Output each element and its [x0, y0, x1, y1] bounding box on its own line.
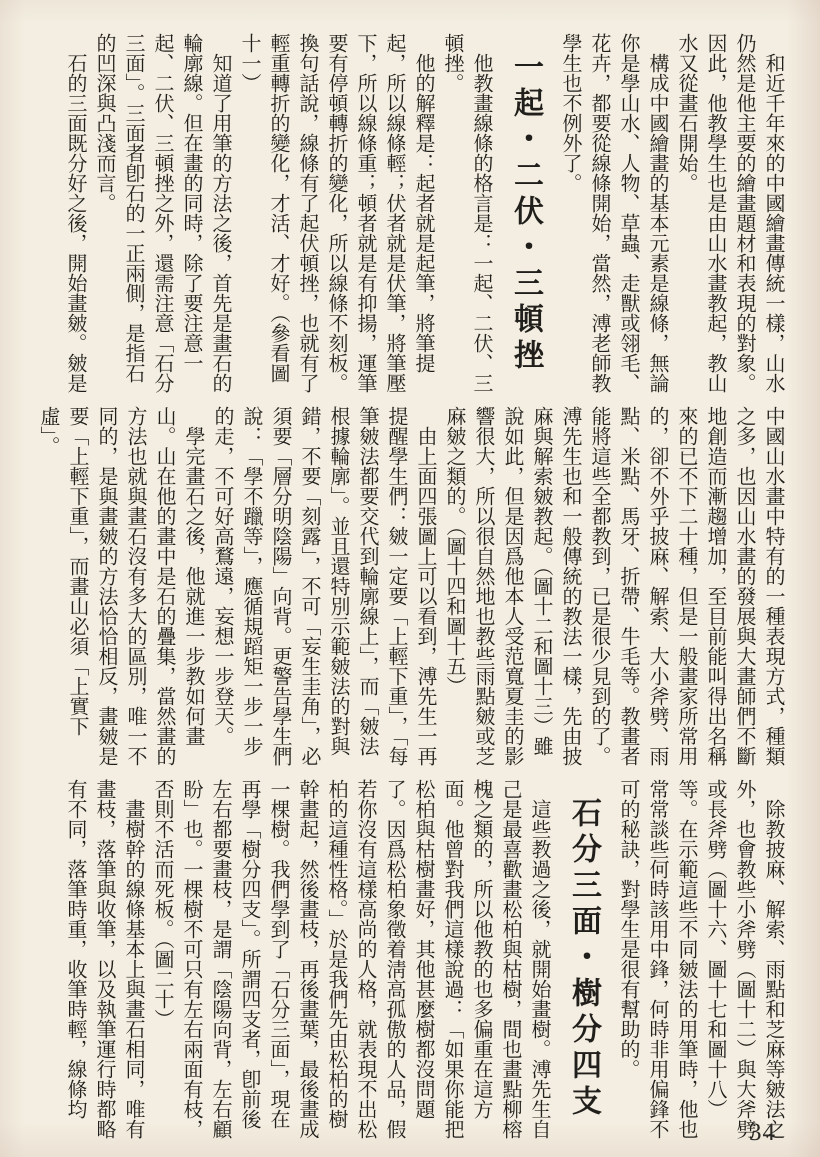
- book-page: 和近千年來的中國繪畫傳統一樣，山水仍然是他主要的繪畫題材和表現的對象。因此，他教…: [0, 0, 820, 1157]
- text-band-middle: 中國山水畫中特有的一種表現方式，種類之多，也因山水畫的發展與大畫師們不斷地創造而…: [57, 406, 787, 769]
- page-number: 34: [749, 1119, 776, 1147]
- paragraph: 除教披麻、解索、雨點和芝麻等皴法之外，也會教些小斧劈（圖十二）與大斧劈或長斧劈（…: [613, 779, 787, 1142]
- paragraph: 他的解釋是：起者就是起筆，將筆提起，所以線條輕；伏者就是伏筆，將筆壓下，所以線條…: [234, 33, 437, 396]
- section-heading-rock-three-faces-tree-four-branches: 石分三面・樹分四支: [563, 779, 603, 1142]
- paragraph: 構成中國繪畫的基本元素是線條，無論你是學山水、人物、草蟲、走獸或翎毛、花卉，都要…: [555, 33, 671, 396]
- paragraph: 知道了用筆的方法之後，首先是畫石的輪廓線。但在畫的同時，除了要注意一起、二伏、三…: [89, 33, 234, 396]
- paragraph: 由上面四張圖上可以看到，溥先生一再提醒學生們：皴一定要「上輕下重」，「每筆皴法都…: [207, 406, 439, 769]
- paragraph: 石的三面既分好之後，開始畫皴。皴是: [60, 33, 89, 396]
- paragraph: 他教畫線條的格言是：一起、二伏、三頓挫。: [437, 33, 495, 396]
- paragraph: 學完畫石之後，他就進一步教如何畫山。山在他的畫中是石的疊集，當然畫的方法也就與畫…: [33, 406, 207, 769]
- paragraph: 畫樹幹的線條基本上與畫石相同，唯有畫枝，落筆與收筆，以及執筆運行時都略有不同，落…: [60, 779, 147, 1142]
- paragraph: 和近千年來的中國繪畫傳統一樣，山水仍然是他主要的繪畫題材和表現的對象。因此，他教…: [671, 33, 787, 396]
- text-band-bottom: 除教披麻、解索、雨點和芝麻等皴法之外，也會教些小斧劈（圖十二）與大斧劈或長斧劈（…: [57, 779, 787, 1142]
- section-heading-one-rise-two-rests-three-pauses: 一起・二伏・三頓挫: [505, 33, 545, 396]
- paragraph: 這些教過之後，就開始畫樹。溥先生自己是最喜歡畫松柏與枯樹，間也畫點柳榕槐之類的，…: [147, 779, 553, 1142]
- text-band-top: 和近千年來的中國繪畫傳統一樣，山水仍然是他主要的繪畫題材和表現的對象。因此，他教…: [57, 33, 787, 396]
- paragraph-continuation: 中國山水畫中特有的一種表現方式，種類之多，也因山水畫的發展與大畫師們不斷地創造而…: [439, 406, 787, 769]
